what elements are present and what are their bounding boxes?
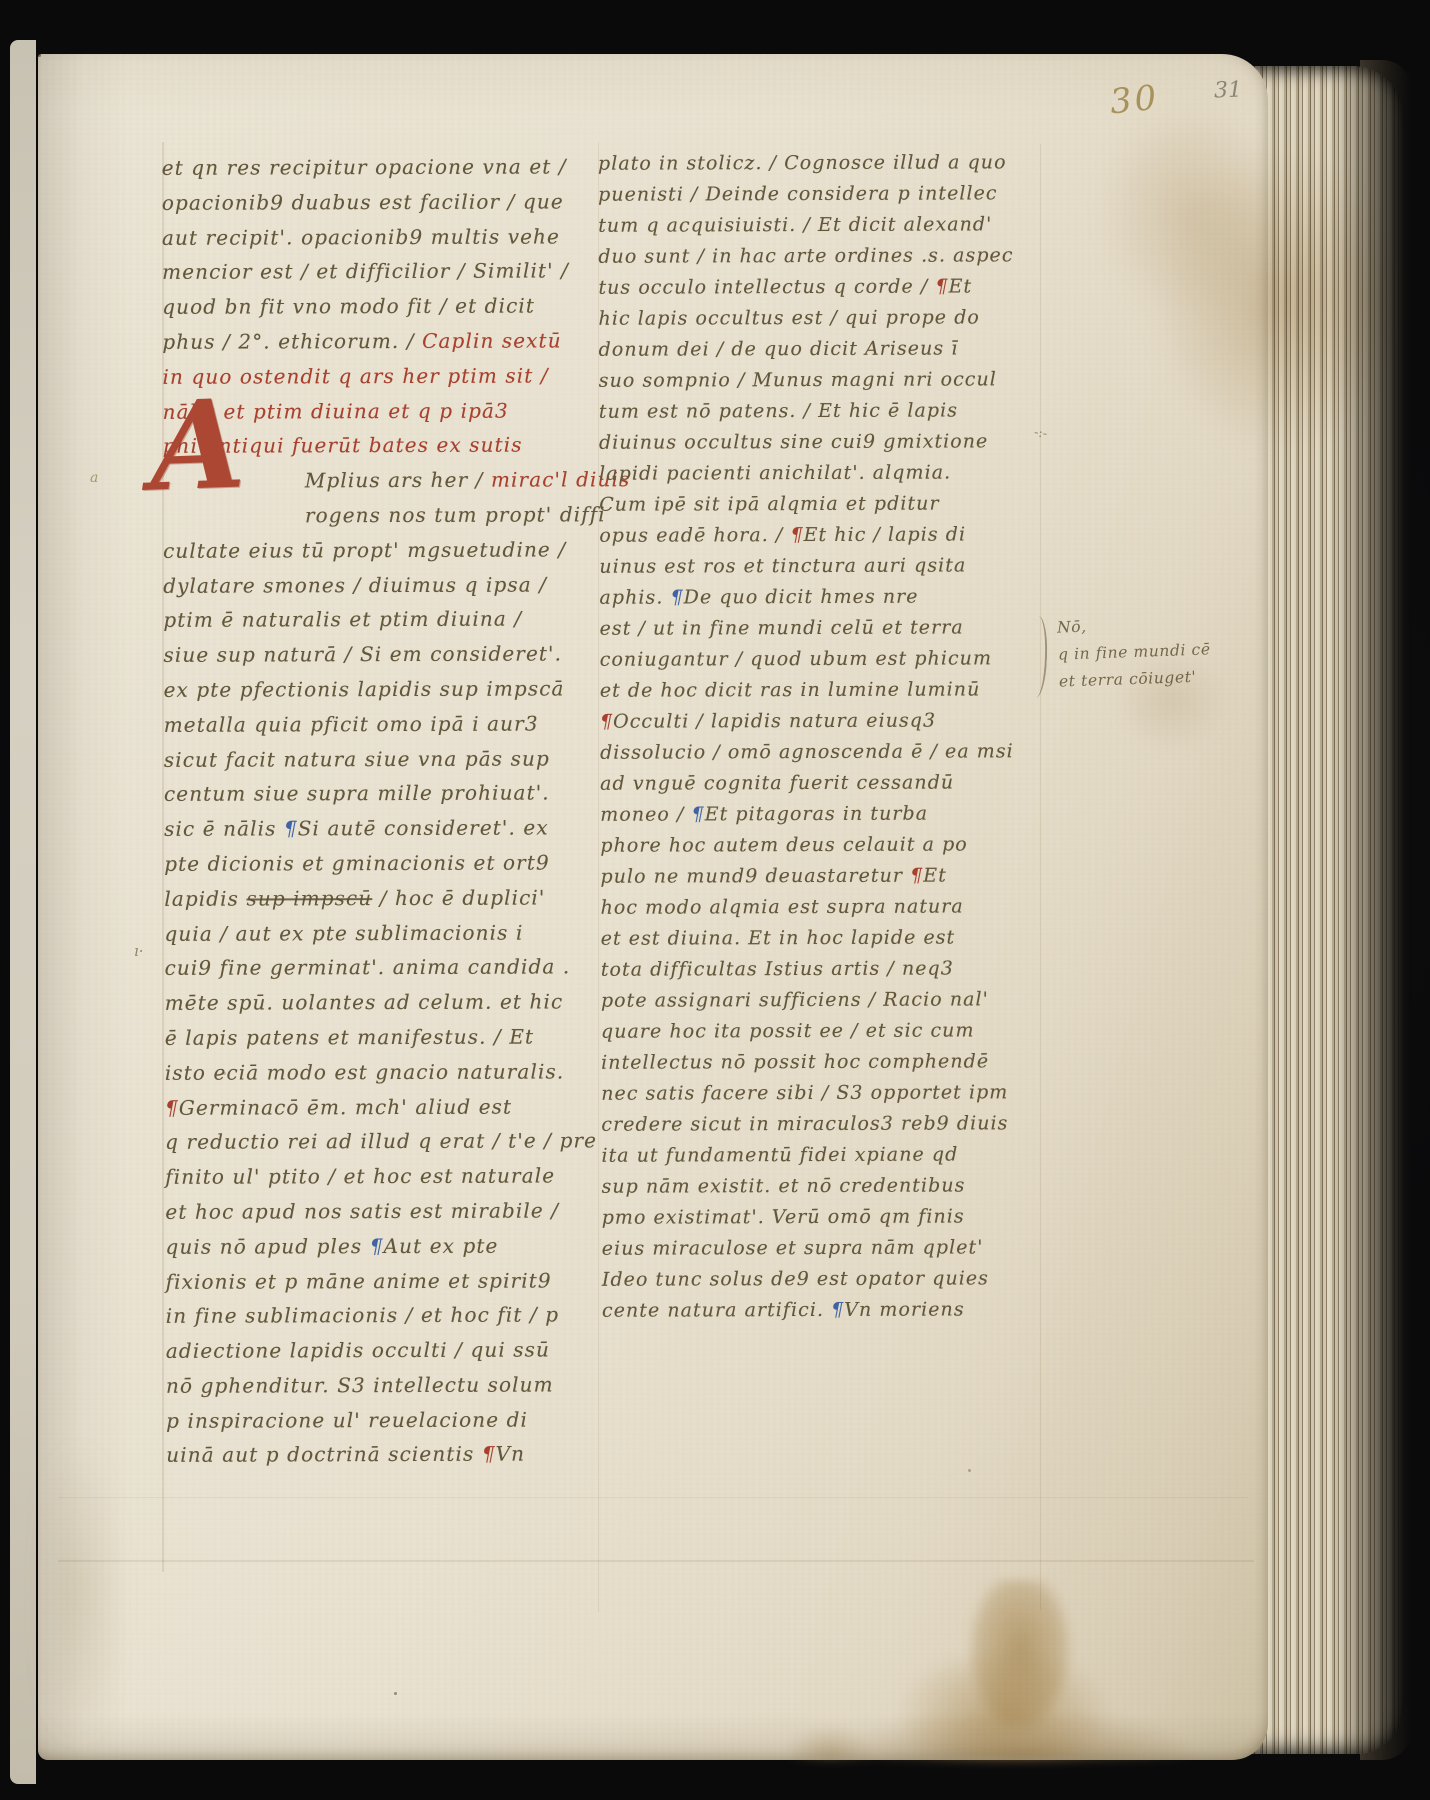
strike-text: sup impscū <box>246 886 372 910</box>
manuscript-line: ¶Germinacō ēm. mch' aliud est <box>165 1089 633 1125</box>
manuscript-line: mencior est / et difficilior / Similit' … <box>162 254 630 290</box>
ink-text: sup nām existit. et nō credentibus <box>602 1174 966 1197</box>
ink-text: q reductio rei ad illud q erat / t'e / p… <box>165 1129 597 1155</box>
ruling-line-vertical <box>1040 144 1041 1610</box>
manuscript-line: phus / 2°. ethicorum. / Caplin sextū <box>162 323 630 359</box>
manuscript-line: ad vnguē cognita fuerit cessandū <box>600 767 1015 799</box>
ink-text: et qn res recipitur opacione vna et / <box>162 154 567 179</box>
ink-text: Si autē consideret'. ex <box>298 816 549 841</box>
blue-text: ¶ <box>370 1234 384 1258</box>
manuscript-line: opacionib9 duabus est facilior / que <box>162 184 630 220</box>
ink-text: Et hic / lapis di <box>804 523 967 546</box>
manuscript-line: aut recipit'. opacionib9 multis vehe <box>162 219 630 255</box>
ruling-line-horizontal <box>58 1560 1254 1562</box>
ink-text: cui9 fine germinat'. anima candida . <box>165 955 571 980</box>
manuscript-line: ¶Occulti / lapidis natura eiusq3 <box>600 705 1015 737</box>
margin-note-line: et terra cōiuget' <box>1059 663 1212 695</box>
manuscript-line: sup nām existit. et nō credentibus <box>602 1170 1017 1202</box>
blue-text: ¶ <box>284 816 298 840</box>
ink-text: / hoc ē duplici' <box>372 885 545 910</box>
folio-number-ink: 30 <box>1108 78 1161 123</box>
manuscript-line: Ideo tunc solus de9 est opator quies <box>602 1263 1017 1295</box>
ink-text: phore hoc autem deus celauit a po <box>600 833 967 856</box>
manuscript-line: nō gphenditur. S3 intellectu solum <box>166 1367 634 1403</box>
ink-text: dylatare smones / diuimus q ipsa / <box>163 572 547 597</box>
manuscript-line: puenisti / Deinde considera p intellec <box>598 178 1013 210</box>
manuscript-line: dissolucio / omō agnoscenda ē / ea msi <box>600 736 1015 768</box>
ink-text: Mplius ars her / <box>305 468 491 493</box>
ink-text: et hoc apud nos satis est mirabile / <box>165 1198 559 1223</box>
ink-text: metalla quia pficit omo ipā i aur3 <box>164 711 539 736</box>
manuscript-line: et de hoc dicit ras in lumine luminū <box>600 674 1015 706</box>
ink-text: hic lapis occultus est / qui prope do <box>599 306 980 329</box>
ink-text: quare hoc ita possit ee / et sic cum <box>601 1019 975 1042</box>
ink-text: Vn moriens <box>844 1298 964 1320</box>
manuscript-line: cente natura artifici. ¶Vn moriens <box>602 1294 1017 1326</box>
ink-text: est / ut in fine mundi celū et terra <box>600 616 964 639</box>
ink-text: p inspiracione ul' reuelacione di <box>166 1407 528 1432</box>
ink-text: Et <box>949 275 973 297</box>
manuscript-line: credere sicut in miraculos3 reb9 diuis <box>601 1108 1016 1140</box>
manuscript-line: ptim ē naturalis et ptim diuina / <box>163 602 631 638</box>
manuscript-line: cui9 fine germinat'. anima candida . <box>164 950 632 986</box>
ink-text: siue sup naturā / Si em consideret'. <box>163 642 562 667</box>
ink-text: opus eadē hora. / <box>599 524 790 547</box>
manuscript-line: quare hoc ita possit ee / et sic cum <box>601 1015 1016 1047</box>
ink-text: centum siue supra mille prohiuat'. <box>164 781 550 806</box>
ink-text: Aut ex pte <box>384 1233 499 1257</box>
manuscript-line: hoc modo alqmia est supra natura <box>601 891 1016 923</box>
ink-text: in fine sublimacionis / et hoc fit / p <box>166 1303 559 1328</box>
ink-text: nec satis facere sibi / S3 opportet ipm <box>601 1081 1008 1104</box>
manuscript-line: nec satis facere sibi / S3 opportet ipm <box>601 1077 1016 1109</box>
ink-text: ptim ē naturalis et ptim diuina / <box>163 607 522 632</box>
ink-text: suo sompnio / Munus magni nri occul <box>599 368 997 391</box>
ink-text: pmo existimat'. Verū omō qm finis <box>602 1205 965 1228</box>
ink-text: sicut facit natura siue vna pās sup <box>164 746 550 771</box>
ink-text: cultate eius tū propt' mgsuetudine / <box>163 537 566 562</box>
ink-text: rogens nos tum propt' diffi <box>305 502 606 527</box>
manuscript-line: coniugantur / quod ubum est phicum <box>600 643 1015 675</box>
manuscript-line: hic lapis occultus est / qui prope do <box>598 302 1013 334</box>
manuscript-line: pmo existimat'. Verū omō qm finis <box>602 1201 1017 1233</box>
margin-brace <box>1034 616 1049 698</box>
decorated-initial: A <box>148 382 247 507</box>
manuscript-line: suo sompnio / Munus magni nri occul <box>599 364 1014 396</box>
ink-text: duo sunt / in hac arte ordines .s. aspec <box>598 244 1013 267</box>
text-column-right: plato in stolicz. / Cognosce illud a quo… <box>598 147 1017 1326</box>
ink-text: tum q acquisiuisti. / Et dicit alexand' <box>598 213 992 236</box>
manuscript-line: ex pte pfectionis lapidis sup impscā <box>164 671 632 707</box>
blue-text: ¶ <box>691 803 704 825</box>
parchment-speck <box>38 54 41 57</box>
ink-text: isto eciā modo est gnacio naturalis. <box>165 1059 564 1084</box>
ink-text: credere sicut in miraculos3 reb9 diuis <box>601 1112 1008 1135</box>
ink-text: donum dei / de quo dicit Ariseus ī <box>599 337 959 360</box>
text-column-left: et qn res recipitur opacione vna et /opa… <box>162 149 634 1473</box>
red-text: ¶ <box>482 1442 496 1466</box>
ink-text: lapidi pacienti anichilat'. alqmia. <box>599 461 951 484</box>
ink-text: Et pitagoras in turba <box>705 803 928 826</box>
manuscript-line: quod bn fit vno modo fit / et dicit <box>162 288 630 324</box>
manuscript-line: mēte spū. uolantes ad celum. et hic <box>165 984 633 1020</box>
manuscript-line: in fine sublimacionis / et hoc fit / p <box>166 1297 634 1333</box>
manuscript-line: tum q acquisiuisti. / Et dicit alexand' <box>598 209 1013 241</box>
manuscript-line: uinus est ros et tinctura auri qsita <box>599 550 1014 582</box>
manuscript-line: ē lapis patens et manifestus. / Et <box>165 1019 633 1055</box>
manuscript-line: moneo / ¶Et pitagoras in turba <box>600 798 1015 830</box>
photograph-background: 30 31 A a ı· -:- et qn res recipitur opa… <box>0 0 1430 1800</box>
ink-text: mencior est / et difficilior / Similit' … <box>162 259 569 284</box>
ink-text: aphis. <box>599 586 670 608</box>
manuscript-line: tus occulo intellectus q corde / ¶Et <box>598 271 1013 303</box>
ink-text: tota difficultas Istius artis / neq3 <box>601 957 954 980</box>
manuscript-line: tum est nō patens. / Et hic ē lapis <box>599 395 1014 427</box>
parchment-stain-bottom <box>770 1580 1250 1760</box>
ruling-line-horizontal <box>58 1497 1248 1498</box>
ink-text: cente natura artifici. <box>602 1299 831 1322</box>
manuscript-line: tota difficultas Istius artis / neq3 <box>601 953 1016 985</box>
red-text: Caplin sextū <box>422 328 562 352</box>
ink-text: eius miraculose et supra nām qplet' <box>602 1236 984 1259</box>
manuscript-line: isto eciā modo est gnacio naturalis. <box>165 1054 633 1090</box>
ink-text: ad vnguē cognita fuerit cessandū <box>600 771 954 794</box>
manuscript-line: quis nō apud ples ¶Aut ex pte <box>165 1228 633 1264</box>
ink-text: nō gphenditur. S3 intellectu solum <box>166 1372 554 1397</box>
manuscript-line: fixionis et p māne anime et spirit9 <box>166 1263 634 1299</box>
manuscript-line: pote assignari sufficiens / Racio nal' <box>601 984 1016 1016</box>
ink-text: De quo dicit hmes nre <box>684 586 919 609</box>
manuscript-line: dylatare smones / diuimus q ipsa / <box>163 567 631 603</box>
ink-text: sic ē nālis <box>164 817 284 841</box>
red-text: ¶ <box>790 524 803 546</box>
manuscript-line: quia / aut ex pte sublimacionis i <box>164 915 632 951</box>
ink-text: uinā aut p doctrinā scientis <box>166 1442 482 1467</box>
red-text: ¶ <box>910 865 923 887</box>
manuscript-line: opus eadē hora. / ¶Et hic / lapis di <box>599 519 1014 551</box>
ink-text: pte dicionis et gminacionis et ort9 <box>164 850 550 875</box>
ink-text: dissolucio / omō agnoscenda ē / ea msi <box>600 740 1014 763</box>
ink-text: uinus est ros et tinctura auri qsita <box>599 554 966 577</box>
ink-text: finito ul' ptito / et hoc est naturale <box>165 1164 555 1189</box>
ink-text: Ideo tunc solus de9 est opator quies <box>602 1267 989 1290</box>
manuscript-line: intellectus nō possit hoc comphendē <box>601 1046 1016 1078</box>
ink-text: diuinus occultus sine cui9 gmixtione <box>599 430 988 453</box>
manuscript-line: phore hoc autem deus celauit a po <box>600 829 1015 861</box>
manuscript-line: lapidi pacienti anichilat'. alqmia. <box>599 457 1014 489</box>
manuscript-line: adiectione lapidis occulti / qui ssū <box>166 1332 634 1368</box>
manuscript-line: et qn res recipitur opacione vna et / <box>162 149 630 185</box>
book-fore-edge-pages <box>1246 66 1404 1754</box>
manuscript-line: et hoc apud nos satis est mirabile / <box>165 1193 633 1229</box>
ink-text: puenisti / Deinde considera p intellec <box>598 182 998 205</box>
manuscript-line: eius miraculose et supra nām qplet' <box>602 1232 1017 1264</box>
manuscript-line: plato in stolicz. / Cognosce illud a quo <box>598 147 1013 179</box>
red-text: ¶ <box>600 711 613 733</box>
manuscript-line: q reductio rei ad illud q erat / t'e / p… <box>165 1123 633 1159</box>
manuscript-line: duo sunt / in hac arte ordines .s. aspec <box>598 240 1013 272</box>
blue-text: ¶ <box>831 1299 844 1321</box>
manuscript-line: est / ut in fine mundi celū et terra <box>600 612 1015 644</box>
ink-text: et est diuina. Et in hoc lapide est <box>601 926 956 949</box>
ink-text: opacionib9 duabus est facilior / que <box>162 189 564 214</box>
ink-text: hoc modo alqmia est supra natura <box>601 895 964 918</box>
parchment-stain <box>48 1334 168 1794</box>
ink-text: tum est nō patens. / Et hic ē lapis <box>599 399 958 422</box>
ink-text: lapidis <box>164 886 246 910</box>
folio-number-pencil: 31 <box>1214 78 1243 104</box>
manuscript-line: siue sup naturā / Si em consideret'. <box>163 636 631 672</box>
ink-text: quia / aut ex pte sublimacionis i <box>164 920 523 945</box>
ink-text: pulo ne mund9 deuastaretur <box>600 865 910 888</box>
manuscript-line: sicut facit natura siue vna pās sup <box>164 741 632 777</box>
manuscript-page: 30 31 A a ı· -:- et qn res recipitur opa… <box>38 54 1268 1760</box>
guide-letter: a <box>90 470 98 486</box>
manuscript-line: p inspiracione ul' reuelacione di <box>166 1402 634 1438</box>
manuscript-line: pulo ne mund9 deuastaretur ¶Et <box>600 860 1015 892</box>
ink-text: ita ut fundamentū fidei xpiane qd <box>601 1143 958 1166</box>
ink-text: adiectione lapidis occulti / qui ssū <box>166 1338 550 1363</box>
manuscript-line: finito ul' ptito / et hoc est naturale <box>165 1158 633 1194</box>
manuscript-line: donum dei / de quo dicit Ariseus ī <box>599 333 1014 365</box>
ink-text: Cum ipē sit ipā alqmia et pditur <box>599 493 939 516</box>
facing-page-edge <box>10 40 36 1784</box>
ink-text: tus occulo intellectus q corde / <box>598 276 935 299</box>
manuscript-line: et est diuina. Et in hoc lapide est <box>601 922 1016 954</box>
ink-text: Germinacō ēm. mch' aliud est <box>179 1094 512 1119</box>
manuscript-line: sic ē nālis ¶Si autē consideret'. ex <box>164 810 632 846</box>
blue-text: ¶ <box>670 586 683 608</box>
red-text: ¶ <box>165 1095 179 1119</box>
ink-text: fixionis et p māne anime et spirit9 <box>166 1268 552 1293</box>
ink-text: aut recipit'. opacionib9 multis vehe <box>162 224 560 249</box>
ink-text: phus / 2°. ethicorum. / <box>162 329 422 354</box>
manuscript-line: uinā aut p doctrinā scientis ¶Vn <box>166 1437 634 1473</box>
manuscript-line: cultate eius tū propt' mgsuetudine / <box>163 532 631 568</box>
margin-note: Nō, q in fine mundi cē et terra cōiuget' <box>1057 609 1212 695</box>
ink-text: coniugantur / quod ubum est phicum <box>600 647 992 670</box>
manuscript-line: pte dicionis et gminacionis et ort9 <box>164 845 632 881</box>
manuscript-line: metalla quia pficit omo ipā i aur3 <box>164 706 632 742</box>
manuscript-line: lapidis sup impscū / hoc ē duplici' <box>164 880 632 916</box>
ink-text: quis nō apud ples <box>165 1234 369 1259</box>
manuscript-line: diuinus occultus sine cui9 gmixtione <box>599 426 1014 458</box>
manuscript-line: aphis. ¶De quo dicit hmes nre <box>599 581 1014 613</box>
ink-text: Et <box>923 865 947 887</box>
ink-text: intellectus nō possit hoc comphendē <box>601 1050 989 1073</box>
ink-text: pote assignari sufficiens / Racio nal' <box>601 988 989 1011</box>
manuscript-line: Cum ipē sit ipā alqmia et pditur <box>599 488 1014 520</box>
red-text: ¶ <box>935 276 948 298</box>
ink-text: ex pte pfectionis lapidis sup impscā <box>164 676 565 701</box>
margin-tick-mark: -:- <box>1033 425 1048 442</box>
ink-text: moneo / <box>600 803 691 825</box>
manuscript-line: centum siue supra mille prohiuat'. <box>164 776 632 812</box>
ink-text: Vn <box>496 1442 526 1466</box>
ink-text: plato in stolicz. / Cognosce illud a quo <box>598 151 1007 174</box>
ink-text: et de hoc dicit ras in lumine luminū <box>600 678 981 701</box>
manuscript-line: ita ut fundamentū fidei xpiane qd <box>601 1139 1016 1171</box>
margin-tick-mark: ı· <box>134 942 144 960</box>
ink-text: ē lapis patens et manifestus. / Et <box>165 1024 534 1049</box>
ink-text: Occulti / lapidis natura eiusq3 <box>613 710 936 733</box>
ink-text: quod bn fit vno modo fit / et dicit <box>162 294 535 319</box>
ink-text: mēte spū. uolantes ad celum. et hic <box>165 990 564 1015</box>
